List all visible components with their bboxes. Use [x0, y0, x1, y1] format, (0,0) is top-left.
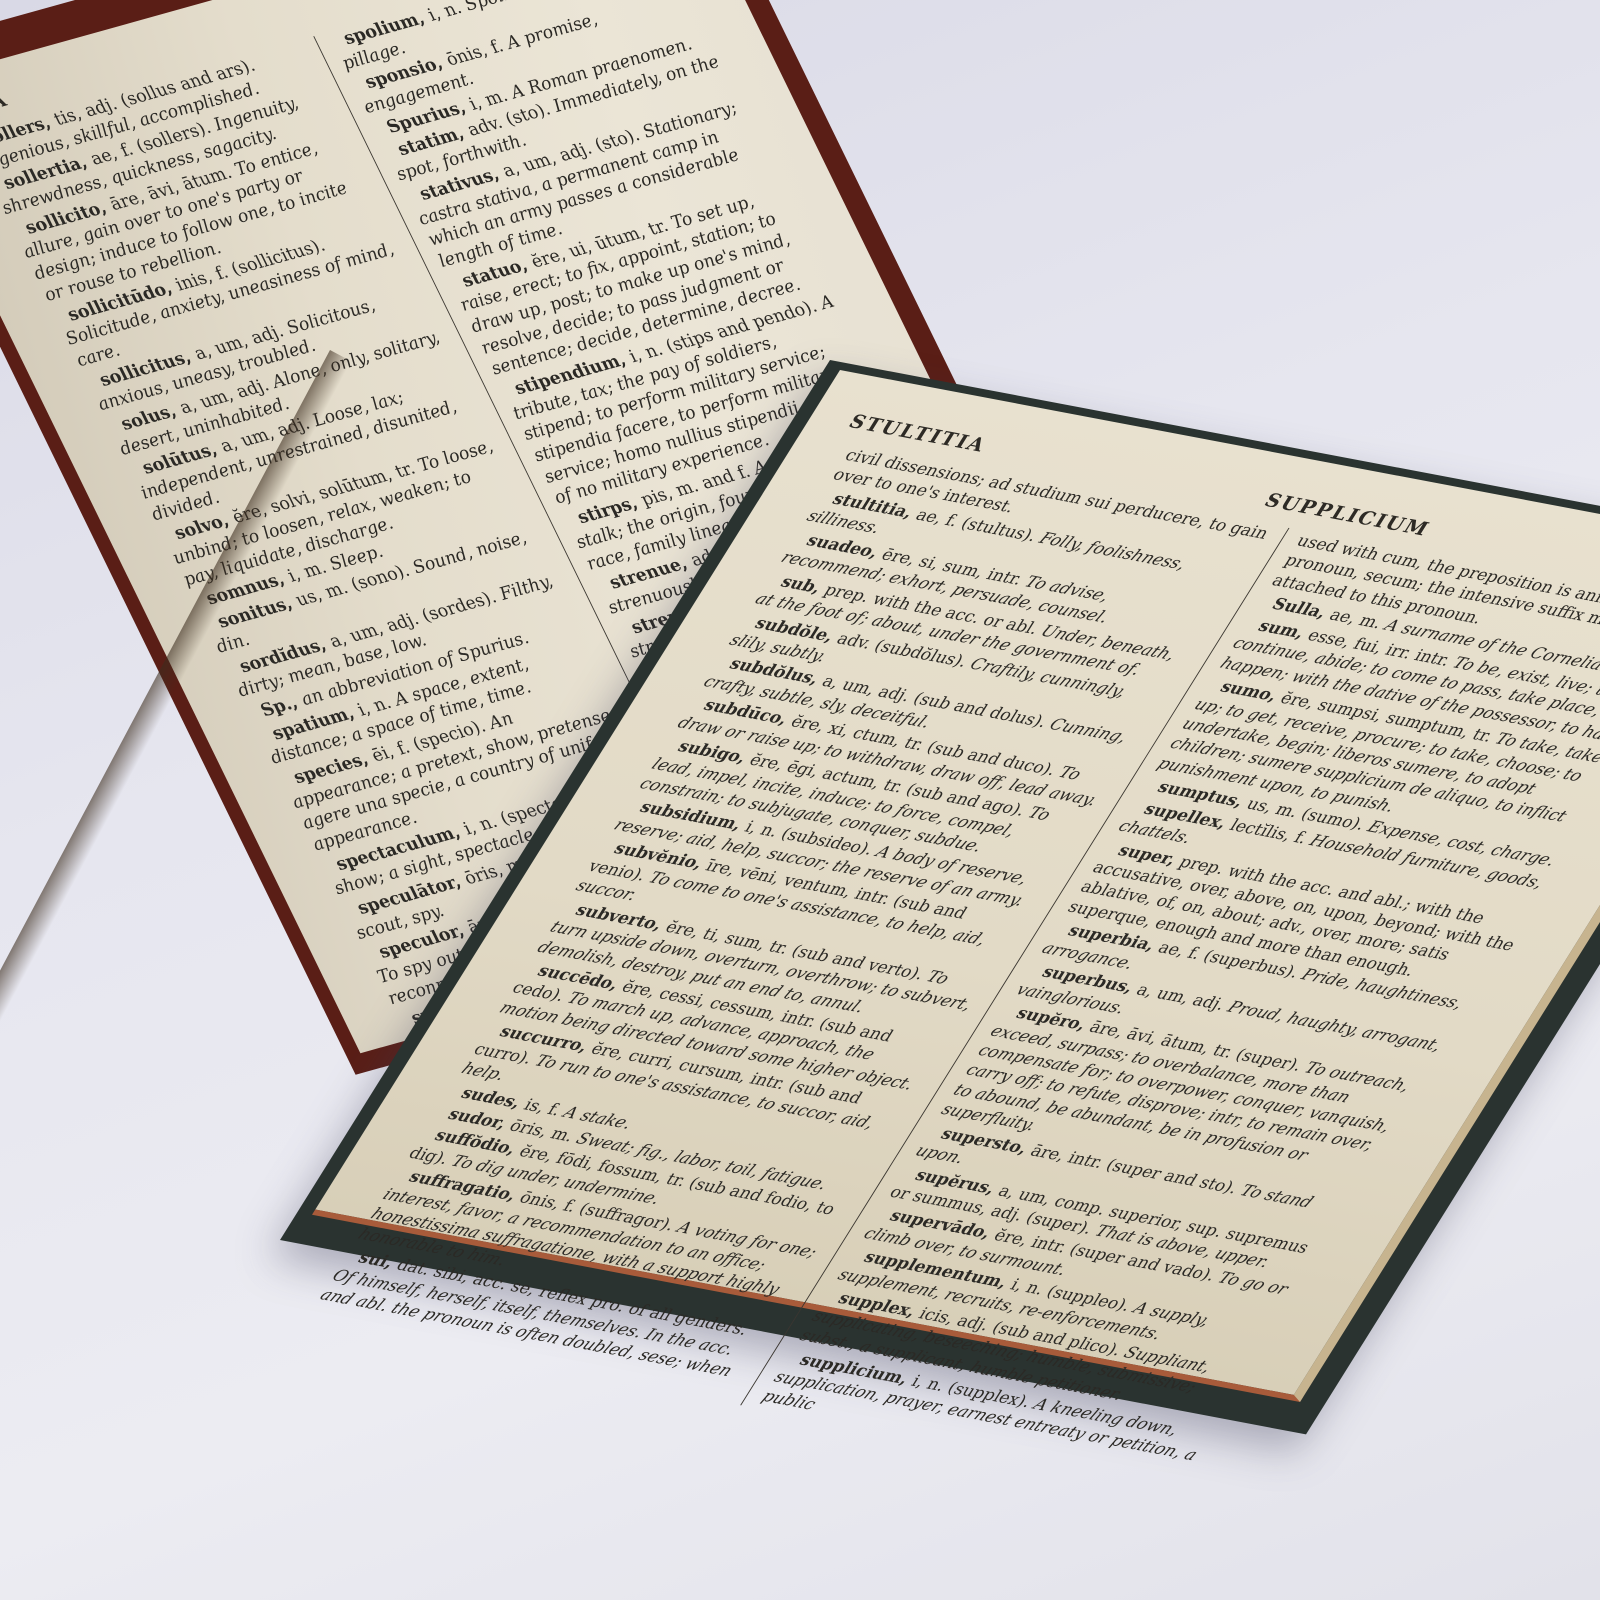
- photo-scene: …OLA STUDIUM sollers, tis, adj. (sollus …: [0, 0, 1600, 1600]
- grammar-info: i, n.: [424, 0, 470, 25]
